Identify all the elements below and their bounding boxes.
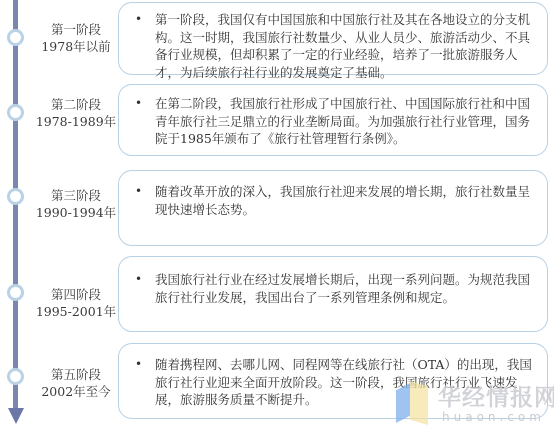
stage-description: • 在第二阶段，我国旅行社形成了中国旅行社、中国国际旅行社和中国青年旅行社三足鼎… (133, 95, 533, 148)
bullet-icon: • (135, 183, 142, 201)
stage-description: • 我国旅行社行业在经过发展增长期后，出现一系列问题。为规范我国旅行社行业发展，… (133, 271, 533, 306)
stage-name: 第三阶段 (28, 187, 124, 204)
stage-label-3: 第三阶段 1990-1994年 (28, 187, 124, 221)
stage-description-text: 随着改革开放的深入，我国旅行社迎来发展的增长期，旅行社数量呈现快速增长态势。 (155, 184, 530, 217)
stage-name: 第二阶段 (28, 96, 124, 113)
stage-period: 2002年至今 (28, 383, 124, 400)
arrow-down-icon (8, 408, 24, 424)
stage-description-text: 第一阶段，我国仅有中国国旅和中国旅行社及其在各地设立的分支机构。这一时期，我国旅… (155, 12, 530, 80)
stage-box-4: • 我国旅行社行业在经过发展增长期后，出现一系列问题。为规范我国旅行社行业发展，… (118, 256, 548, 332)
timeline-axis (13, 0, 18, 412)
stage-period: 1995-2001年 (28, 303, 124, 320)
stage-period: 1978年以前 (28, 38, 124, 55)
timeline-node-2 (7, 104, 24, 121)
stage-description: • 随着携程网、去哪儿网、同程网等在线旅行社（OTA）的出现，我国旅行社行业迎来… (133, 356, 533, 409)
stage-label-5: 第五阶段 2002年至今 (28, 366, 124, 400)
stage-name: 第五阶段 (28, 366, 124, 383)
bullet-icon: • (135, 11, 142, 29)
stage-description-text: 我国旅行社行业在经过发展增长期后，出现一系列问题。为规范我国旅行社行业发展，我国… (155, 272, 530, 305)
stage-description: • 随着改革开放的深入，我国旅行社迎来发展的增长期，旅行社数量呈现快速增长态势。 (133, 183, 533, 218)
stage-description-text: 在第二阶段，我国旅行社形成了中国旅行社、中国国际旅行社和中国青年旅行社三足鼎立的… (155, 96, 530, 146)
timeline-node-5 (7, 368, 24, 385)
stage-label-4: 第四阶段 1995-2001年 (28, 286, 124, 320)
stage-label-1: 第一阶段 1978年以前 (28, 21, 124, 55)
stage-description-text: 随着携程网、去哪儿网、同程网等在线旅行社（OTA）的出现，我国旅行社行业迎来全面… (155, 357, 532, 407)
stage-period: 1978-1989年 (28, 113, 124, 130)
bullet-icon: • (135, 356, 142, 374)
bullet-icon: • (135, 271, 142, 289)
stage-box-3: • 随着改革开放的深入，我国旅行社迎来发展的增长期，旅行社数量呈现快速增长态势。 (118, 170, 548, 246)
stage-box-1: • 第一阶段，我国仅有中国国旅和中国旅行社及其在各地设立的分支机构。这一时期，我… (118, 2, 548, 75)
stage-description: • 第一阶段，我国仅有中国国旅和中国旅行社及其在各地设立的分支机构。这一时期，我… (133, 11, 533, 81)
timeline-node-3 (7, 188, 24, 205)
timeline-node-1 (7, 29, 24, 46)
stage-box-5: • 随着携程网、去哪儿网、同程网等在线旅行社（OTA）的出现，我国旅行社行业迎来… (118, 343, 548, 419)
stage-name: 第四阶段 (28, 286, 124, 303)
timeline-node-4 (7, 284, 24, 301)
stage-box-2: • 在第二阶段，我国旅行社形成了中国旅行社、中国国际旅行社和中国青年旅行社三足鼎… (118, 84, 548, 156)
stage-label-2: 第二阶段 1978-1989年 (28, 96, 124, 130)
stage-period: 1990-1994年 (28, 204, 124, 221)
bullet-icon: • (135, 95, 142, 113)
stage-name: 第一阶段 (28, 21, 124, 38)
